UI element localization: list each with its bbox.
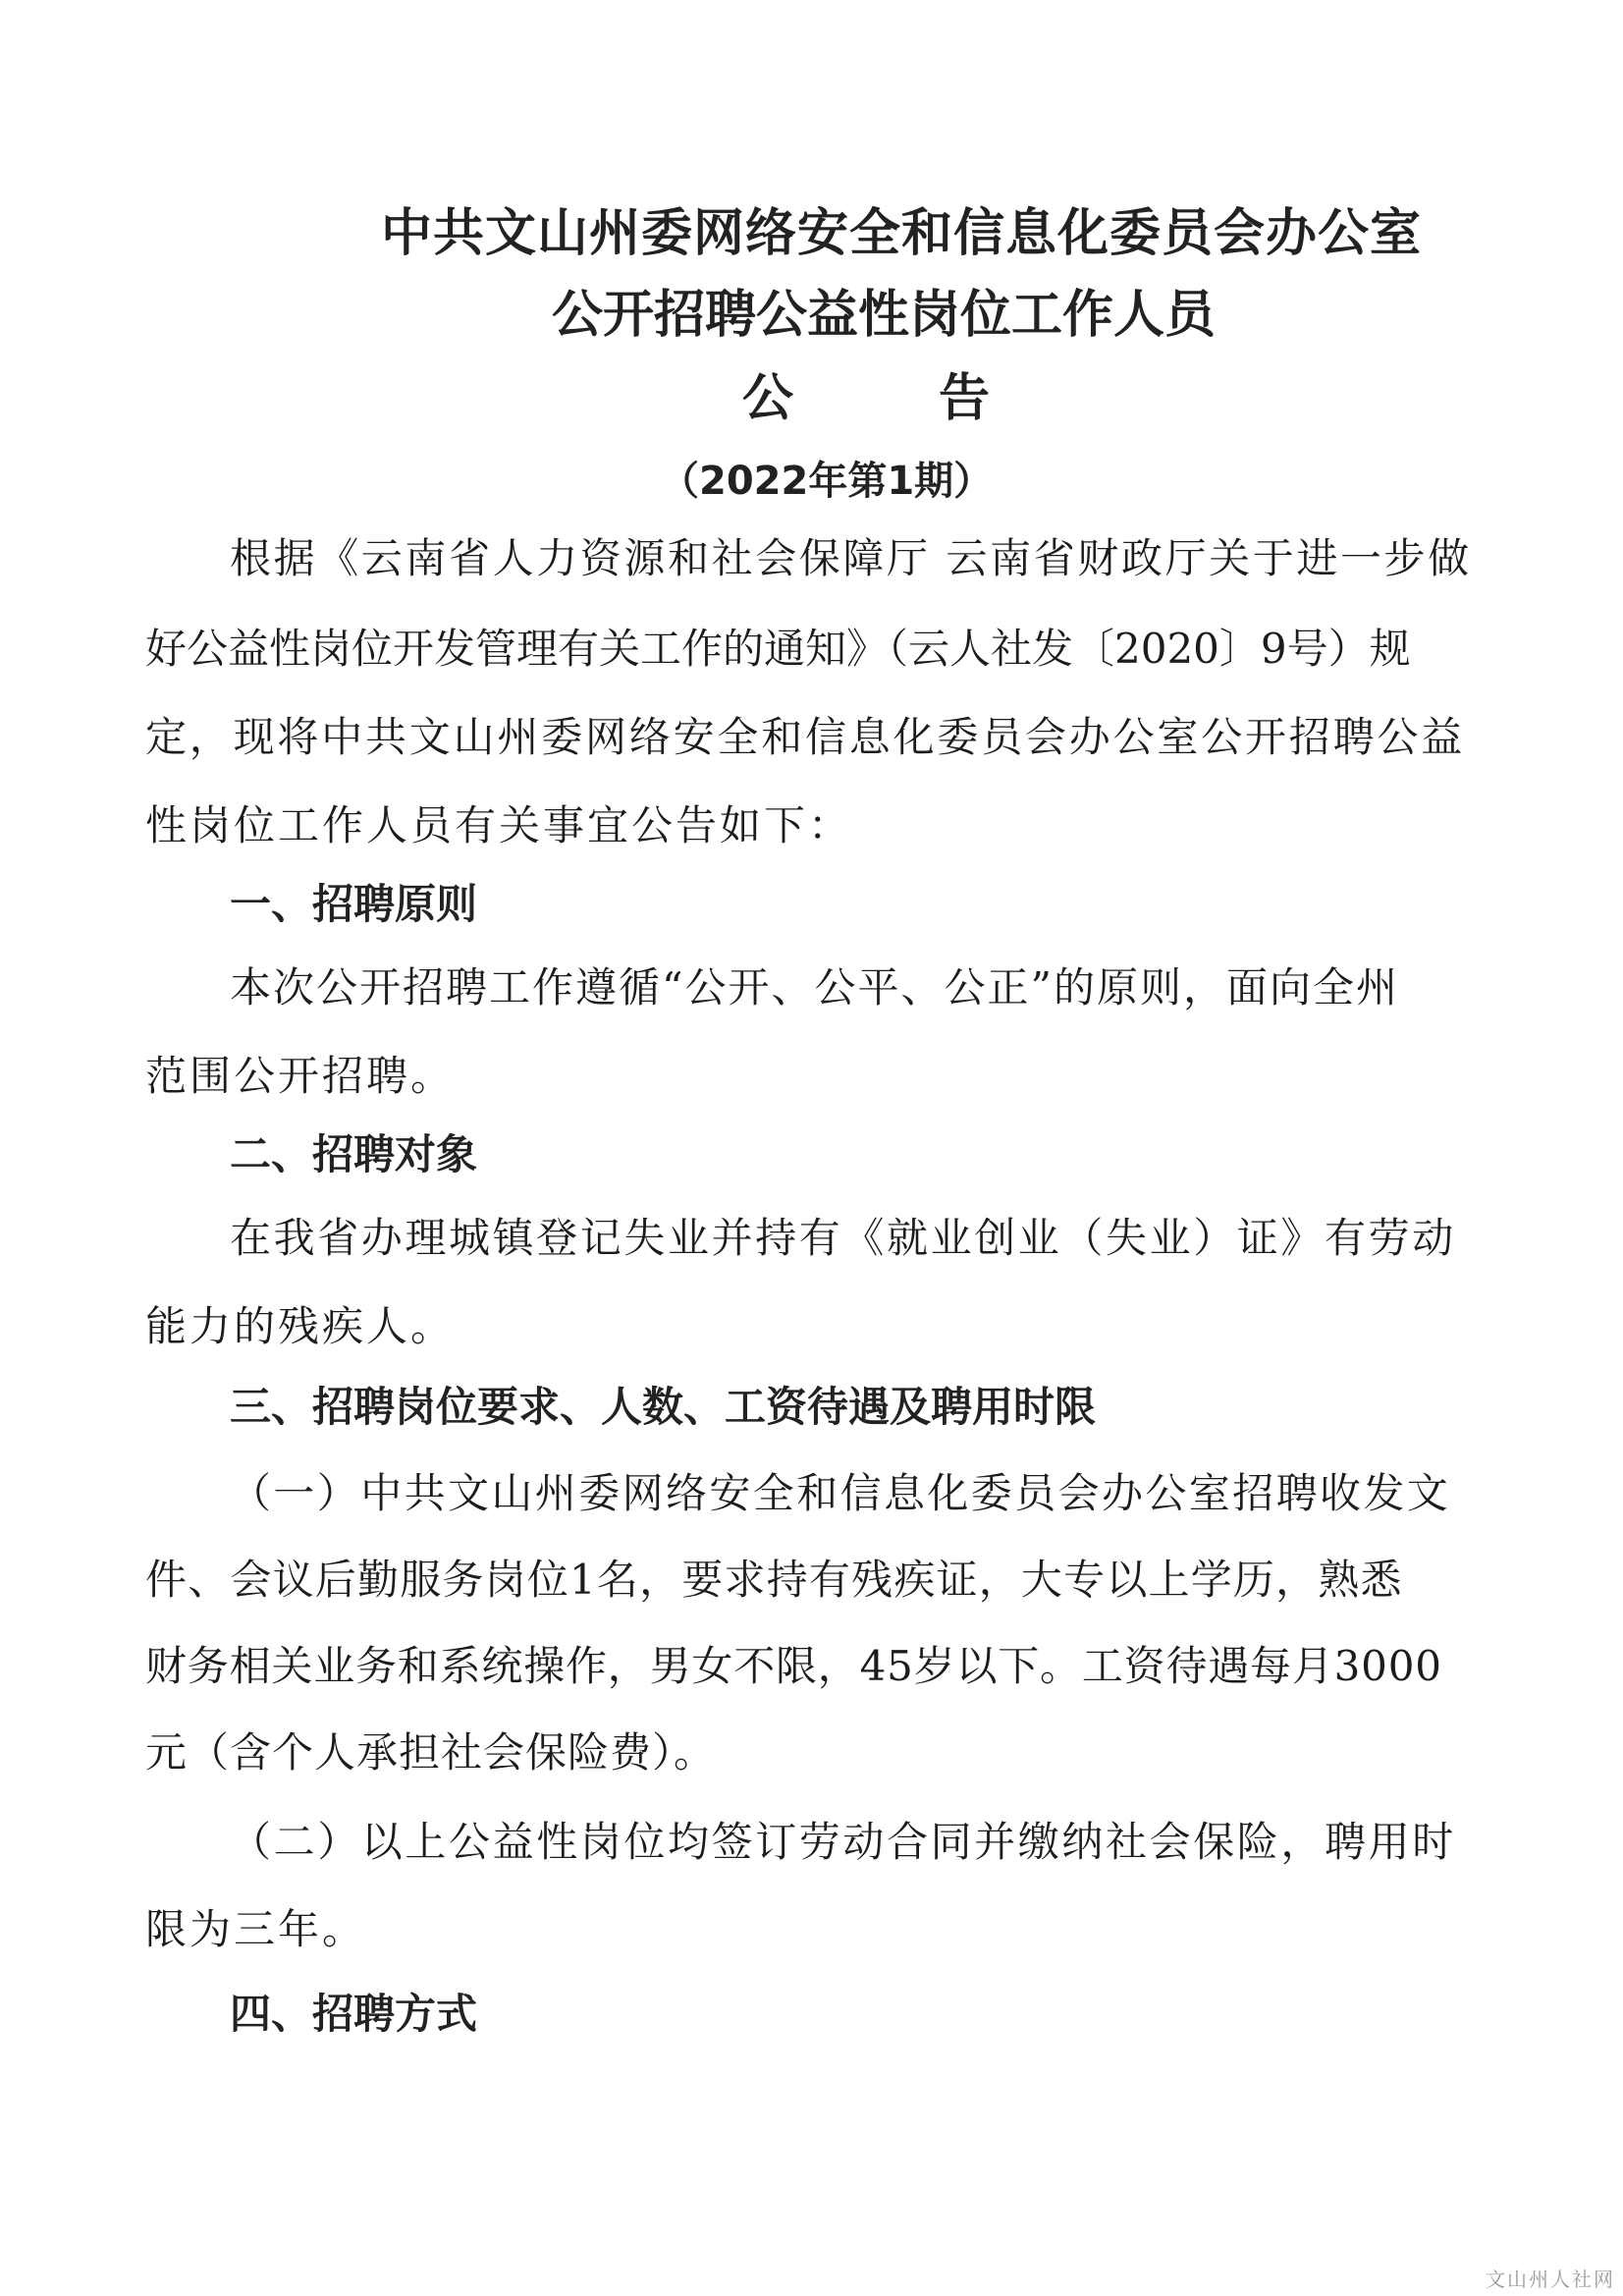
section-heading-2: 二、招聘对象 <box>230 1134 477 1175</box>
intro-line-3: 定，现将中共文山州委网络安全和信息化委员会办公室公开招聘公益 <box>145 717 1465 758</box>
section-3-para-1-line-1: （一）中共文山州委网络安全和信息化委员会办公室招聘收发文 <box>230 1473 1450 1514</box>
intro-line-2: 好公益性岗位开发管理有关工作的通知》（云人社发〔2020〕9号）规 <box>145 629 1411 670</box>
section-heading-3: 三、招聘岗位要求、人数、工资待遇及聘用时限 <box>230 1387 1096 1428</box>
intro-line-1: 根据《云南省人力资源和社会保障厅 云南省财政厅关于进一步做 <box>230 538 1472 579</box>
site-watermark: 文山州人社网 <box>1486 2264 1615 2292</box>
document-title-notice-left: 公 <box>742 373 793 424</box>
section-3-para-2-line-2: 限为三年。 <box>145 1909 366 1950</box>
section-1-line-1: 本次公开招聘工作遵循“公开、公平、公正”的原则，面向全州 <box>230 967 1399 1009</box>
section-heading-1: 一、招聘原则 <box>230 884 477 925</box>
document-title-line-2: 公开招聘公益性岗位工作人员 <box>552 290 1216 341</box>
issue-number: （2022年第1期） <box>660 462 993 501</box>
section-heading-4: 四、招聘方式 <box>230 1994 477 2035</box>
section-1-line-2: 范围公开招聘。 <box>145 1056 455 1097</box>
section-3-para-1-line-2: 件、会议后勤服务岗位1名，要求持有残疾证，大专以上学历，熟悉 <box>145 1559 1403 1601</box>
section-3-para-1-line-4: 元（含个人承担社会保险费）。 <box>145 1732 716 1774</box>
document-title-notice-right: 告 <box>939 373 990 424</box>
intro-line-4: 性岗位工作人员有关事宜公告如下： <box>145 805 852 847</box>
section-2-line-1: 在我省办理城镇登记失业并持有《就业创业（失业）证》有劳动 <box>230 1218 1456 1259</box>
section-2-line-2: 能力的残疾人。 <box>145 1306 455 1347</box>
section-3-para-2-line-1: （二）以上公益性岗位均签订劳动合同并缴纳社会保险，聘用时 <box>230 1822 1456 1863</box>
section-3-para-1-line-3: 财务相关业务和系统操作，男女不限，45岁以下。工资待遇每月3000 <box>145 1646 1442 1687</box>
document-title-line-1: 中共文山州委网络安全和信息化委员会办公室 <box>381 208 1422 259</box>
